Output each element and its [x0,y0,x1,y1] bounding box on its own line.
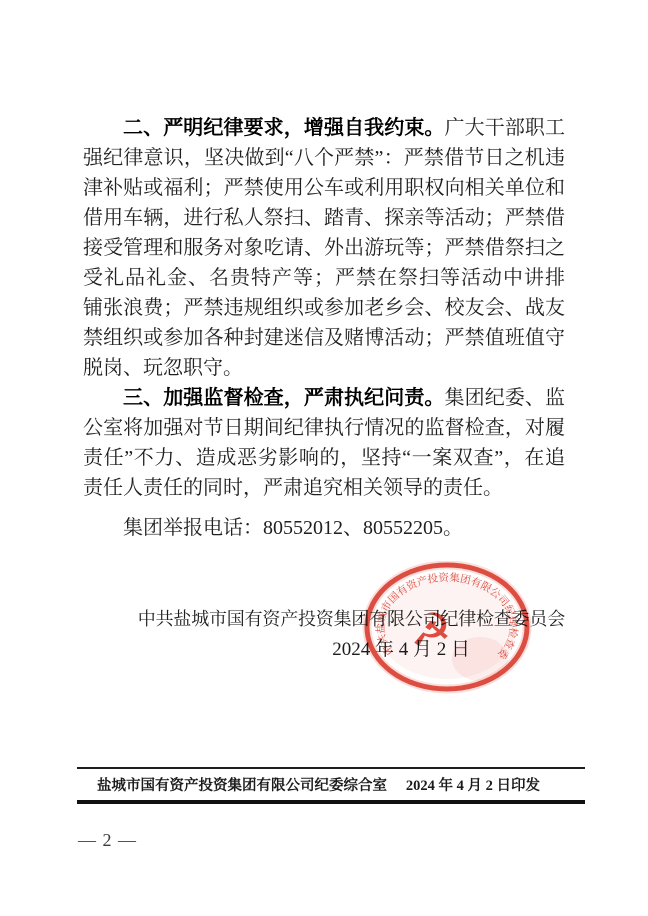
para2-line: 三、加强监督检查，严肃执纪问责。集团纪委、监察专员办 [83,383,565,413]
report-hotline: 集团举报电话：80552012、80552205。 [83,513,565,543]
footer-print-date: 2024 年 4 月 2 日印发 [406,774,540,795]
document-page: 二、严明纪律要求，增强自我约束。广大干部职工要切实增 强纪律意识，坚决做到“八个… [0,0,648,916]
para1-line: 接受管理和服务对象吃请、外出游玩等；严禁借祭扫之机违规收 [83,233,565,263]
para1-line: 铺张浪费；严禁违规组织或参加老乡会、校友会、战友会等；严 [83,293,565,323]
para1-line: 借用车辆，进行私人祭扫、踏青、探亲等活动；严禁借祭扫之机 [83,203,565,233]
para1-line: 二、严明纪律要求，增强自我约束。广大干部职工要切实增 [83,113,565,143]
para1-line: 强纪律意识，坚决做到“八个严禁”：严禁借节日之机违规发放 [83,143,565,173]
para2-line: 责任”不力、造成恶劣影响的，坚持“一案双查”，在追究直接 [83,443,565,473]
section2-heading: 二、严明纪律要求，增强自我约束。 [123,117,445,139]
page-number: — 2 — [78,830,137,851]
para1-line: 脱岗、玩忽职守。 [83,353,565,383]
section3-heading: 三、加强监督检查，严肃执纪问责。 [123,387,445,409]
signature-committee: 中共盐城市国有资产投资集团有限公司纪律检查委员会 [83,606,565,632]
para1-line: 禁组织或参加各种封建迷信及赌博活动；严禁值班值守人员擅自 [83,323,565,353]
para2-line: 公室将加强对节日期间纪律执行情况的监督检查，对履行“两个 [83,413,565,443]
document-body: 二、严明纪律要求，增强自我约束。广大干部职工要切实增 强纪律意识，坚决做到“八个… [83,113,565,543]
footer-issuer: 盐城市国有资产投资集团有限公司纪委综合室 [97,774,387,795]
para1-line: 津补贴或福利；严禁使用公车或利用职权向相关单位和服务对象 [83,173,565,203]
footer-bar: 盐城市国有资产投资集团有限公司纪委综合室 2024 年 4 月 2 日印发 [77,767,585,804]
para1-line: 受礼品礼金、名贵特产等；严禁在祭扫等活动中讲排场、比阔气、 [83,263,565,293]
signature-date: 2024 年 4 月 2 日 [83,638,565,662]
para2-line: 责任人责任的同时，严肃追究相关领导的责任。 [83,473,565,503]
